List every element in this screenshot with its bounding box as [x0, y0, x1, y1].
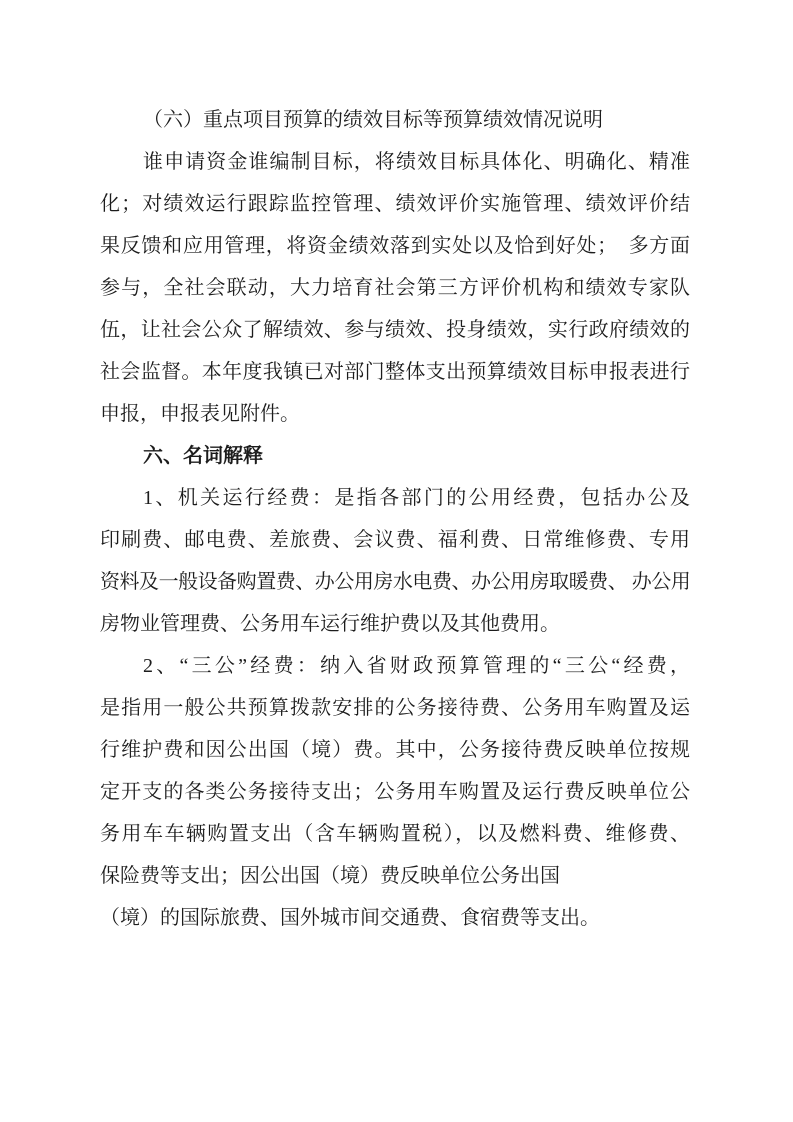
- document-content: （六）重点项目预算的绩效目标等预算绩效情况说明谁申请资金谁编制目标，将绩效目标具…: [100, 99, 690, 939]
- text-line: 果反馈和应用管理，将资金绩效落到实处以及恰到好处； 多方面: [100, 225, 690, 267]
- text-line: 申报，申报表见附件。: [100, 393, 690, 435]
- term-agency-operating-expenses: 1、机关运行经费：是指各部门的公用经费，包括办公及印刷费、邮电费、差旅费、会议费…: [100, 477, 690, 645]
- text-line: 伍，让社会公众了解绩效、参与绩效、投身绩效，实行政府绩效的: [100, 309, 690, 351]
- text-line: 印刷费、邮电费、差旅费、会议费、福利费、日常维修费、专用: [100, 519, 690, 561]
- text-line: 参与，全社会联动，大力培育社会第三方评价机构和绩效专家队: [100, 267, 690, 309]
- text-line: 谁申请资金谁编制目标，将绩效目标具体化、明确化、精准: [100, 141, 690, 183]
- glossary-section-heading: 六、名词解释: [100, 435, 690, 477]
- text-line: 务用车车辆购置支出（含车辆购置税），以及燃料费、维修费、: [100, 813, 690, 855]
- text-line: 行维护费和因公出国（境）费。其中，公务接待费反映单位按规: [100, 729, 690, 771]
- text-line: 社会监督。本年度我镇已对部门整体支出预算绩效目标申报表进行: [100, 351, 690, 393]
- text-line: （境）的国际旅费、国外城市间交通费、食宿费等支出。: [100, 897, 690, 939]
- text-line: 资料及一般设备购置费、办公用房水电费、办公用房取暖费、 办公用: [100, 561, 690, 603]
- text-line: 保险费等支出；因公出国（境）费反映单位公务出国: [100, 855, 690, 897]
- text-line: 1、机关运行经费：是指各部门的公用经费，包括办公及: [100, 477, 690, 519]
- text-line: 六、名词解释: [100, 435, 690, 477]
- text-line: 化；对绩效运行跟踪监控管理、绩效评价实施管理、绩效评价结: [100, 183, 690, 225]
- text-line: 房物业管理费、公务用车运行维护费以及其他费用。: [100, 603, 690, 645]
- section-six-heading: （六）重点项目预算的绩效目标等预算绩效情况说明: [100, 99, 690, 141]
- performance-description-paragraph: 谁申请资金谁编制目标，将绩效目标具体化、明确化、精准化；对绩效运行跟踪监控管理、…: [100, 141, 690, 435]
- text-line: 2、“三公”经费：纳入省财政预算管理的“三公“经费，: [100, 645, 690, 687]
- document-page: （六）重点项目预算的绩效目标等预算绩效情况说明谁申请资金谁编制目标，将绩效目标具…: [0, 0, 793, 1122]
- term-three-public-expenses: 2、“三公”经费：纳入省财政预算管理的“三公“经费，是指用一般公共预算拨款安排的…: [100, 645, 690, 939]
- text-line: 定开支的各类公务接待支出；公务用车购置及运行费反映单位公: [100, 771, 690, 813]
- text-line: 是指用一般公共预算拨款安排的公务接待费、公务用车购置及运: [100, 687, 690, 729]
- text-line: （六）重点项目预算的绩效目标等预算绩效情况说明: [100, 99, 690, 141]
